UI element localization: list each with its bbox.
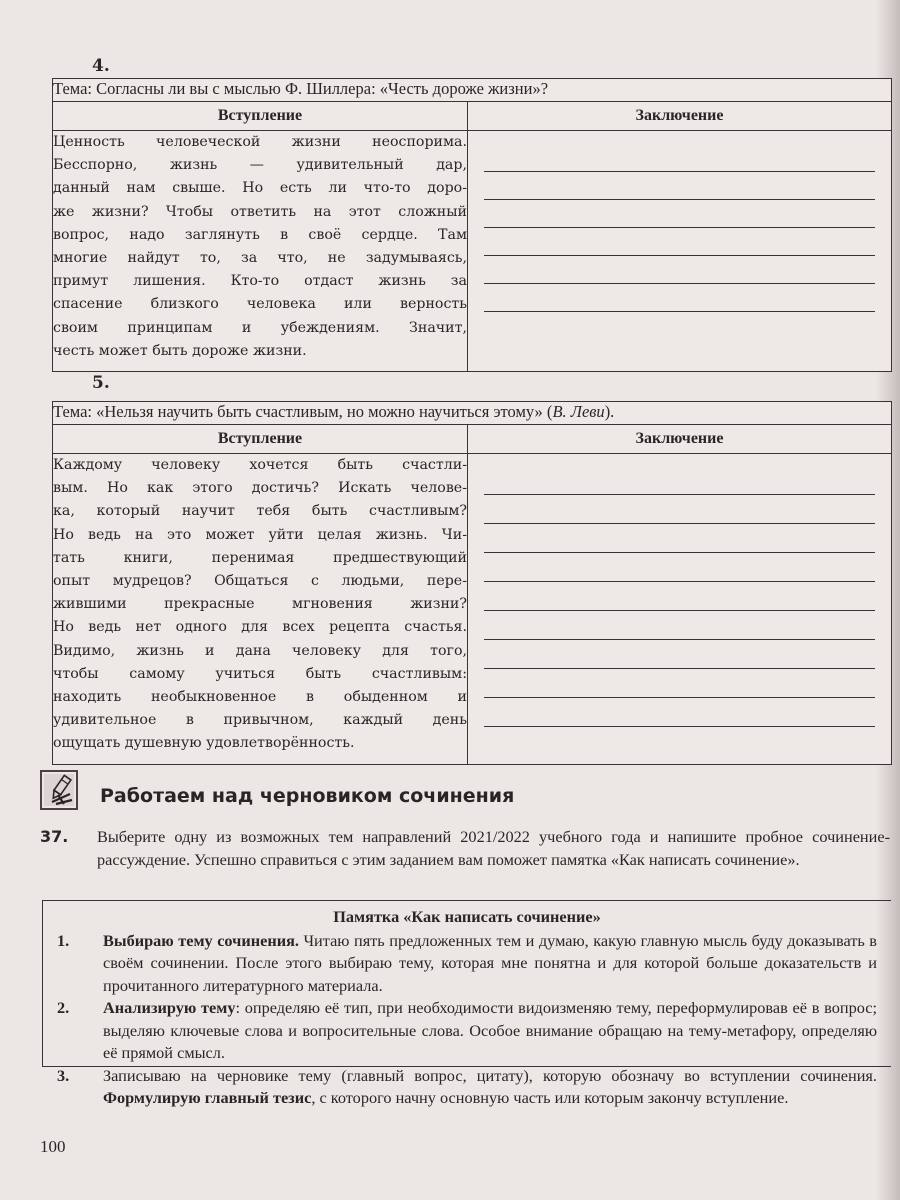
- blank-writing-line[interactable]: [484, 199, 875, 200]
- intro-line: вопрос, надо заглянуть в своё сердце. Та…: [53, 224, 467, 247]
- intro-line: примут лишения. Кто-то отдаст жизнь за: [53, 270, 467, 293]
- blank-writing-line[interactable]: [484, 610, 875, 611]
- blank-writing-line[interactable]: [484, 697, 875, 698]
- intro-line: данный нам свыше. Но есть ли что-то доро…: [53, 177, 467, 200]
- item-number-4: 4.: [92, 56, 110, 76]
- blank-writing-line[interactable]: [484, 581, 875, 582]
- conclusion-writing-area-4[interactable]: [468, 131, 892, 372]
- intro-line: своим принципам и убеждениям. Значит,: [53, 317, 467, 340]
- intro-line: Каждому человеку хочется быть счастли-: [53, 454, 467, 477]
- memo-item-3: 3. Записываю на черновике тему (главный …: [43, 1065, 891, 1110]
- memo-title: Памятка «Как написать сочинение»: [43, 906, 891, 929]
- blank-writing-line[interactable]: [484, 523, 875, 524]
- topic-4: Тема: Согласны ли вы с мыслью Ф. Шиллера…: [53, 79, 892, 102]
- intro-line: удивительное в привычном, каждый день: [53, 709, 467, 732]
- intro-line: же жизни? Чтобы ответить на этот сложный: [53, 201, 467, 224]
- intro-line: опыт мудрецов? Общаться с людьми, пере-: [53, 570, 467, 593]
- intro-line: находить необыкновенное в обыденном и: [53, 686, 467, 709]
- intro-line: вым. Но как этого достичь? Искать челове…: [53, 477, 467, 500]
- task-number: 37.: [40, 826, 68, 849]
- column-header-intro: Вступление: [53, 102, 468, 131]
- blank-writing-line[interactable]: [484, 227, 875, 228]
- memo-box: Памятка «Как написать сочинение» 1. Выби…: [42, 900, 891, 1067]
- blank-writing-line[interactable]: [484, 255, 875, 256]
- blank-writing-line[interactable]: [484, 668, 875, 669]
- intro-text-5: Каждому человеку хочется быть счастли-вы…: [53, 454, 468, 765]
- section-header: Работаем над черновиком сочинения: [40, 770, 514, 810]
- blank-writing-line[interactable]: [484, 311, 875, 312]
- essay-table-4: Тема: Согласны ли вы с мыслью Ф. Шиллера…: [52, 78, 892, 372]
- blank-writing-line[interactable]: [484, 639, 875, 640]
- intro-line: тать книги, перенимая предшествующий: [53, 547, 467, 570]
- column-header-conclusion: Заключение: [468, 425, 892, 454]
- intro-text-4: Ценность человеческой жизни неоспорима.Б…: [53, 131, 468, 372]
- essay-table-5: Тема: «Нельзя научить быть счастливым, н…: [52, 401, 892, 765]
- memo-item-1: 1. Выбираю тему сочинения. Читаю пять пр…: [43, 930, 891, 998]
- column-header-intro: Вступление: [53, 425, 468, 454]
- intro-line: Бесспорно, жизнь — удивительный дар,: [53, 154, 467, 177]
- intro-line: ощущать душевную удовлетворённость.: [53, 732, 467, 755]
- intro-line: Но ведь на это может уйти целая жизнь. Ч…: [53, 524, 467, 547]
- intro-line: чтобы самому учиться быть счастливым:: [53, 663, 467, 686]
- page-number: 100: [40, 1137, 66, 1157]
- memo-item-2: 2. Анализирую тему: определяю её тип, пр…: [43, 997, 891, 1065]
- intro-line: честь может быть дороже жизни.: [53, 340, 467, 363]
- blank-writing-line[interactable]: [484, 552, 875, 553]
- intro-line: Видимо, жизнь и дана человеку для того,: [53, 640, 467, 663]
- intro-line: Ценность человеческой жизни неоспорима.: [53, 131, 467, 154]
- blank-writing-line[interactable]: [484, 726, 875, 727]
- intro-line: жившими прекрасные мгновения жизни?: [53, 593, 467, 616]
- blank-writing-line[interactable]: [484, 494, 875, 495]
- intro-line: ка, который научит тебя быть счастливым?: [53, 500, 467, 523]
- intro-line: спасение близкого человека или верность: [53, 293, 467, 316]
- blank-writing-line[interactable]: [484, 171, 875, 172]
- topic-5: Тема: «Нельзя научить быть счастливым, н…: [53, 402, 892, 425]
- task-text: Выберите одну из возможных тем направлен…: [97, 826, 890, 871]
- pencil-icon: [40, 770, 78, 810]
- section-title: Работаем над черновиком сочинения: [100, 785, 514, 807]
- item-number-5: 5.: [92, 373, 110, 393]
- intro-line: Но ведь нет одного для всех рецепта счас…: [53, 616, 467, 639]
- column-header-conclusion: Заключение: [468, 102, 892, 131]
- blank-writing-line[interactable]: [484, 283, 875, 284]
- task-37: 37. Выберите одну из возможных тем напра…: [40, 826, 890, 871]
- intro-line: многие найдут то, за что, не задумываясь…: [53, 247, 467, 270]
- conclusion-writing-area-5[interactable]: [468, 454, 892, 765]
